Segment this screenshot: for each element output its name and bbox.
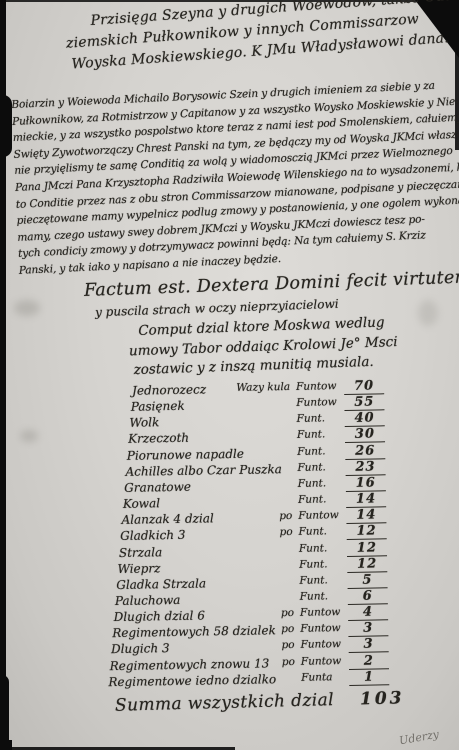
weight-unit-label: Funtow [298, 509, 344, 522]
per-qualifier: po [230, 510, 292, 523]
weight-unit-label: Funt. [300, 590, 346, 603]
weight-value: 14 [346, 492, 386, 508]
weight-unit-label: Funtow [300, 622, 346, 635]
catchword: Uderzy [398, 728, 440, 748]
weight-unit-label: Funt. [297, 445, 343, 458]
weight-unit-label: Funtow [301, 655, 347, 668]
per-qualifier: po [232, 639, 294, 652]
cannon-inventory-list: JednorozeczWazy kulaFuntow70PasięnekFunt… [0, 378, 459, 702]
per-qualifier: po [231, 526, 293, 539]
weight-unit-label: Funt. [299, 558, 345, 571]
weight-unit-label: Funt. [299, 574, 345, 587]
cannon-name: Alanzak 4 dzial [121, 511, 213, 527]
per-qualifier: po [232, 623, 294, 636]
weight-value: 2 [349, 654, 389, 670]
scan-corner-bottom-left [0, 740, 12, 750]
weight-value: 3 [348, 622, 388, 638]
summa-value: 103 [360, 688, 405, 709]
weight-unit-label: Funt. [298, 477, 344, 490]
cannon-name: Paluchowa [115, 593, 181, 608]
comput-heading: Comput dzial ktore Moskwa wedlugumowy Ta… [138, 313, 399, 380]
scan-edge-left-bulge [0, 95, 12, 157]
weight-value: 1 [349, 670, 389, 686]
weight-unit-label: Funtow [300, 606, 346, 619]
weight-unit-label: Funt. [299, 542, 345, 555]
weight-unit-label: Funt. [297, 428, 343, 441]
weight-value: 16 [346, 476, 386, 492]
weight-value: 3 [348, 638, 388, 654]
weight-value: 26 [345, 444, 385, 460]
cannon-name: Gladkich 3 [120, 528, 186, 543]
weight-value: 30 [345, 428, 385, 444]
per-qualifier: po [232, 607, 294, 620]
per-qualifier: po [233, 655, 295, 668]
manuscript-page: Przisięga Szeyna y drugich Woewodow, tak… [0, 0, 459, 750]
weight-unit-label: Funta [301, 671, 347, 684]
summa-label: Summa wszystkich dzial [115, 690, 334, 716]
weight-value: 70 [344, 379, 384, 395]
weight-value: 4 [348, 605, 388, 621]
weight-unit-label: Funtow [296, 380, 342, 393]
cannon-name: Wolk [129, 416, 159, 431]
paper-smudge [418, 300, 438, 326]
cannon-name: Krzeczoth [128, 431, 189, 446]
cannon-name: Achilles albo Czar Puszka [125, 462, 282, 479]
weight-value: 12 [347, 541, 387, 557]
cannon-name: Gladka Strzala [116, 576, 206, 592]
weight-unit-label: Funt. [298, 493, 344, 506]
weight-unit-label: Funt. [297, 461, 343, 474]
weight-value: 14 [346, 508, 386, 524]
cannon-name: Wieprz [117, 561, 160, 576]
weight-unit-label: Funt. [298, 525, 344, 538]
cannon-name: Granatowe [124, 480, 191, 495]
weight-value: 40 [345, 412, 385, 428]
weight-value: 55 [344, 395, 384, 411]
cannon-name: Strzala [119, 545, 162, 560]
per-qualifier: Wazy kula [228, 381, 290, 394]
document-title: Przisięga Szeyna y drugich Woewodow, tak… [62, 0, 435, 76]
weight-value: 12 [347, 557, 387, 573]
weight-unit-label: Funtow [300, 638, 346, 651]
weight-value: 5 [347, 573, 387, 589]
weight-unit-label: Funtow [296, 396, 342, 409]
weight-unit-label: Funt. [297, 412, 343, 425]
weight-value: 23 [345, 460, 385, 476]
cannon-name: Piorunowe napadle [127, 446, 244, 462]
weight-value: 6 [348, 589, 388, 605]
paper-smudge [14, 300, 40, 316]
weight-value: 12 [346, 525, 386, 541]
cannon-name: Kowal [123, 496, 160, 511]
oath-paragraph: Boiarzin y Woiewoda Michailo Borysowic S… [11, 77, 459, 280]
cannon-name: Jednorozecz [132, 382, 206, 397]
cannon-name: Regimentowe iedno dzialko [108, 672, 276, 689]
cannon-name: Dlugich dzial 6 [114, 609, 205, 625]
cannon-name: Dlugich 3 [111, 641, 170, 656]
cannon-name: Pasięnek [131, 399, 185, 414]
